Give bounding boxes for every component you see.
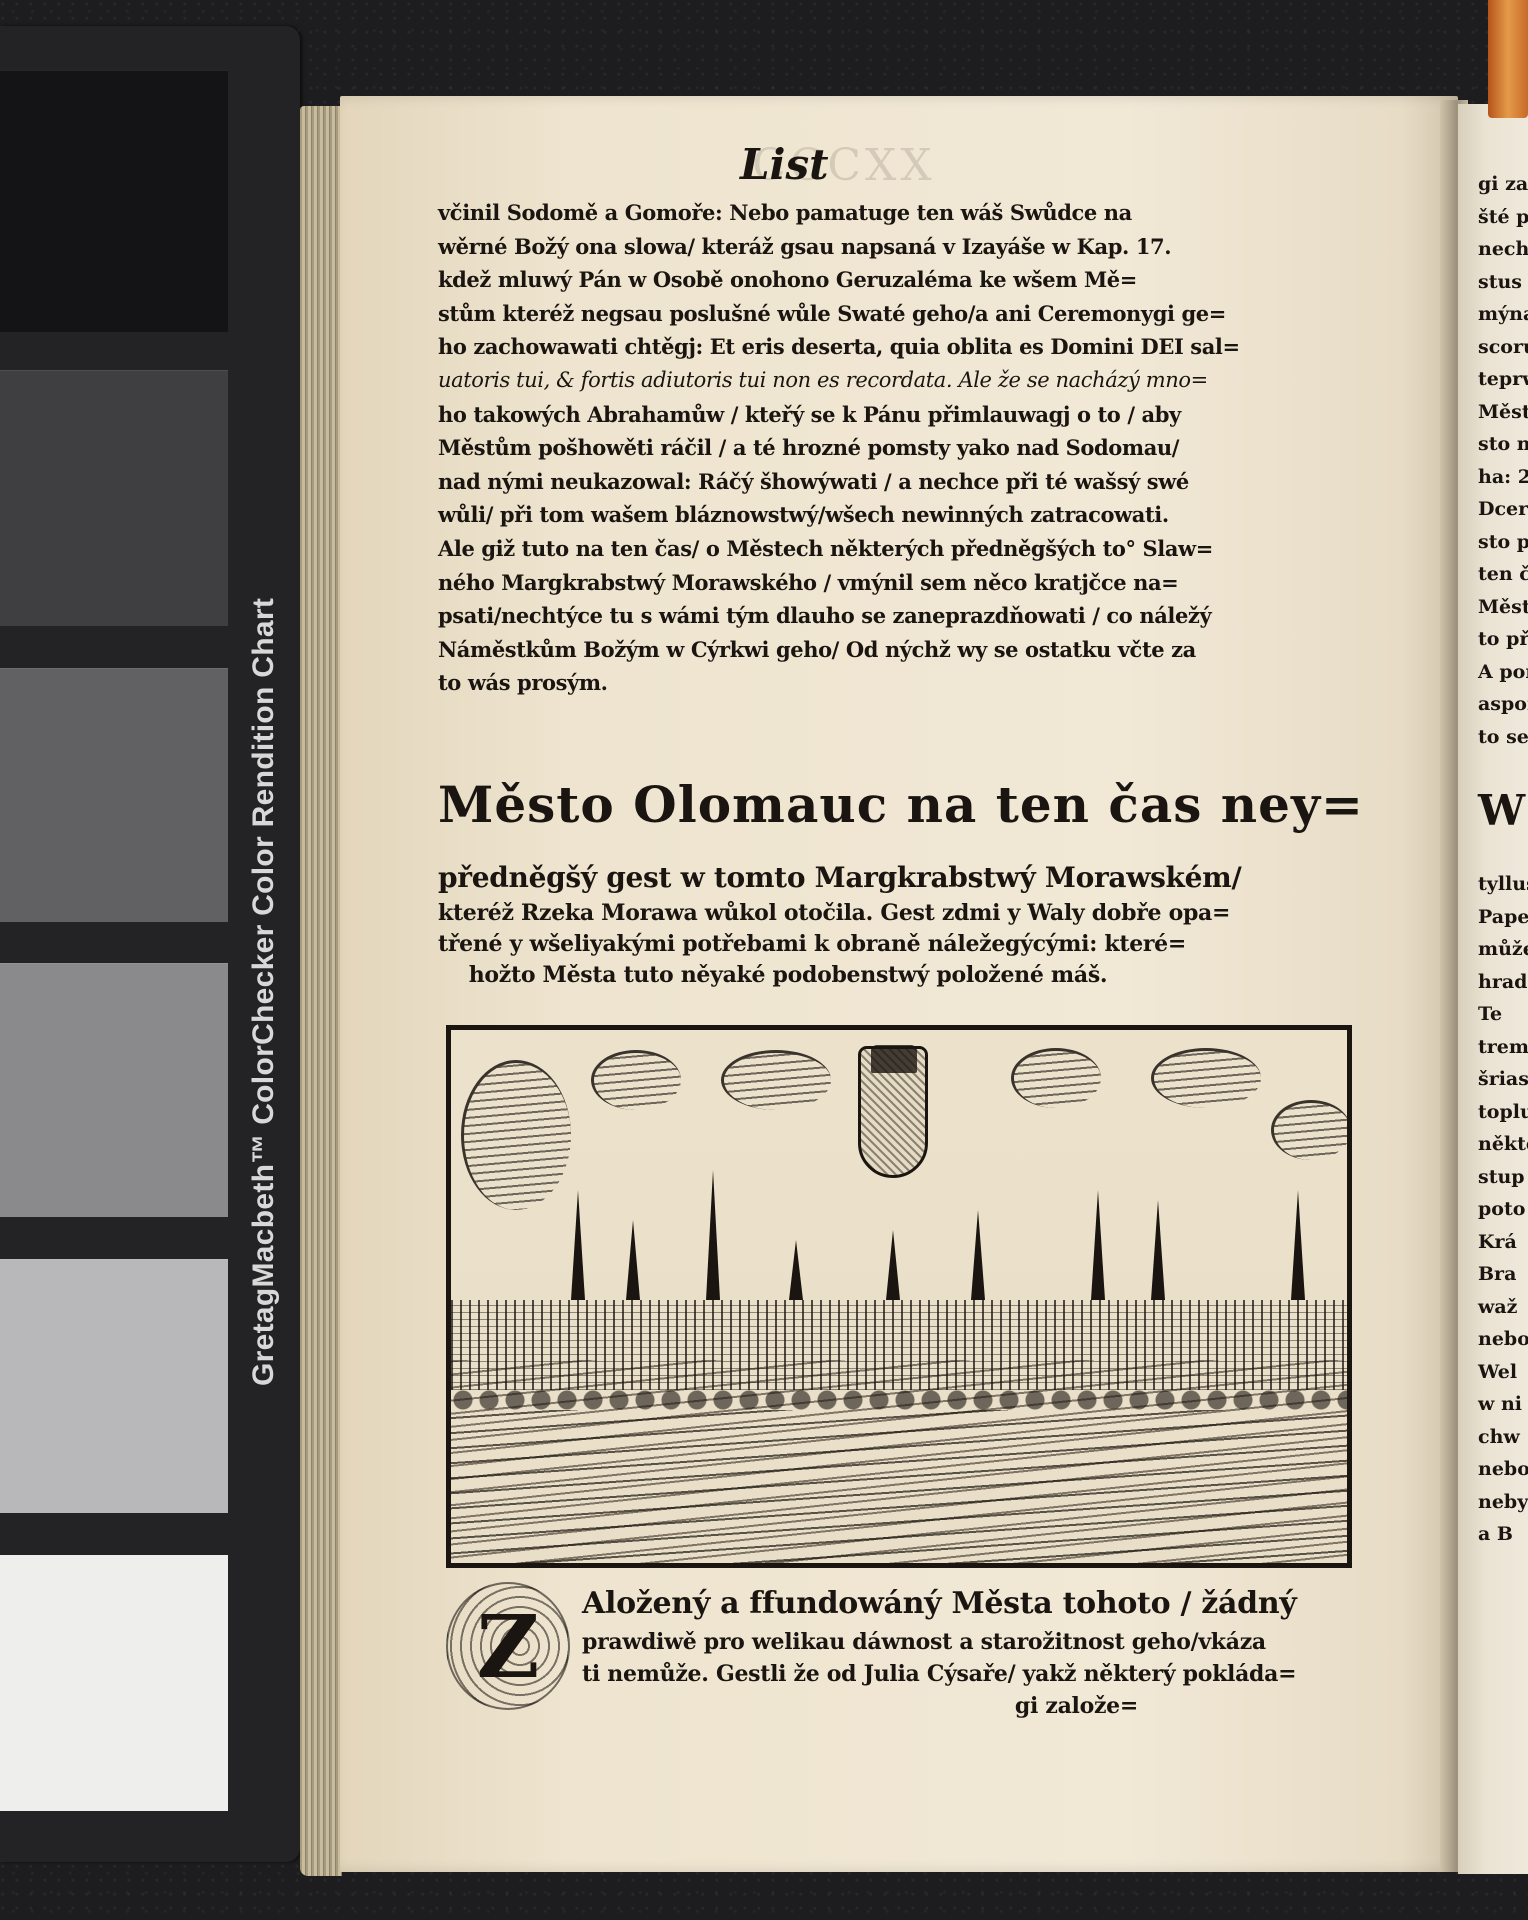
cloud-icon <box>1011 1048 1101 1108</box>
drop-cap-initial: Z <box>446 1582 570 1710</box>
cloud-icon <box>1271 1100 1351 1160</box>
fields <box>451 1410 1347 1568</box>
text-line: uatoris tui, & fortis adiutoris tui non … <box>438 364 1130 398</box>
bookmark-tab <box>1488 0 1528 118</box>
text-line: Aložený a ffundowáný Města tohoto / žádn… <box>582 1582 1138 1626</box>
subtext-line: hožto Města tuto něyaké podobenstwý polo… <box>438 960 1138 991</box>
text-line: prawdiwě pro welikau dáwnost a starožitn… <box>582 1626 1138 1658</box>
text-line: wůli/ při tom wašem bláznowstwý/wšech ne… <box>438 498 1130 532</box>
text-line: Ale giž tuto na ten čas/ o Městech někte… <box>438 532 1130 566</box>
text-line: gi založe= <box>582 1690 1138 1722</box>
swatch-dark-gray <box>0 370 228 626</box>
text-line: Náměstkům Božým w Cýrkwi geho/ Od nýchž … <box>438 633 1130 667</box>
color-checker-chart: GretagMacbeth™ ColorChecker Color Rendit… <box>0 26 300 1862</box>
text-line: ho zachowawati chtěgj: Et eris deserta, … <box>438 330 1130 364</box>
text-line: ho takowých Abrahamůw / kteřý se k Pánu … <box>438 398 1130 432</box>
subtext-line: kteréž Rzeka Morawa wůkol otočila. Gest … <box>438 898 1138 929</box>
swatch-light-gray <box>0 1259 228 1513</box>
cloud-icon <box>591 1050 681 1110</box>
text-line: psati/nechtýce tu s wámi tým dlauho se z… <box>438 599 1130 633</box>
swatch-white <box>0 1555 228 1811</box>
swatch-mid-dark-gray <box>0 668 228 922</box>
book-page-edges <box>300 106 342 1876</box>
folio-title: List <box>740 140 829 189</box>
section-heading: Město Olomauc na ten čas ney= <box>438 775 1128 834</box>
heading-subtext: předněgšý gest w tomto Margkrabstwý Mora… <box>438 858 1138 991</box>
cloud-icon <box>1151 1048 1261 1108</box>
coat-of-arms-icon <box>858 1046 928 1178</box>
chart-label: GretagMacbeth™ ColorChecker Color Rendit… <box>236 386 292 1386</box>
woodcut-city-view <box>446 1025 1352 1568</box>
text-line: kdež mluwý Pán w Osobě onohono Geruzalém… <box>438 263 1130 297</box>
final-paragraph: Aložený a ffundowáný Města tohoto / žádn… <box>582 1582 1138 1722</box>
swatch-black <box>0 70 228 332</box>
text-line: nad nými neukazowal: Ráčý šhowýwati / a … <box>438 465 1130 499</box>
text-line: včinil Sodomě a Gomoře: Nebo pamatuge te… <box>438 196 1130 230</box>
text-line: to wás prosým. <box>438 666 1130 700</box>
text-line: Městům pošhowěti ráčil / a té hrozné pom… <box>438 431 1130 465</box>
right-page-text: gi zal šté p necha stus n mýna scoru tep… <box>1478 168 1528 1551</box>
body-text: včinil Sodomě a Gomoře: Nebo pamatuge te… <box>438 196 1138 700</box>
text-line: ného Margkrabstwý Morawského / vmýnil se… <box>438 566 1130 600</box>
text-line: wěrné Božý ona slowa/ kteráž gsau napsan… <box>438 230 1130 264</box>
subtext-line: třené y wšeliyakými potřebami k obraně n… <box>438 929 1138 960</box>
text-line: stům kteréž negsau poslušné wůle Swaté g… <box>438 297 1130 331</box>
cloud-icon <box>721 1050 831 1110</box>
text-line: ti nemůže. Gestli že od Julia Cýsaře/ ya… <box>582 1658 1138 1690</box>
subtext-line: předněgšý gest w tomto Margkrabstwý Mora… <box>438 858 1128 898</box>
cloud-icon <box>461 1060 571 1210</box>
city-skyline <box>451 1240 1347 1390</box>
swatch-mid-gray <box>0 963 228 1217</box>
